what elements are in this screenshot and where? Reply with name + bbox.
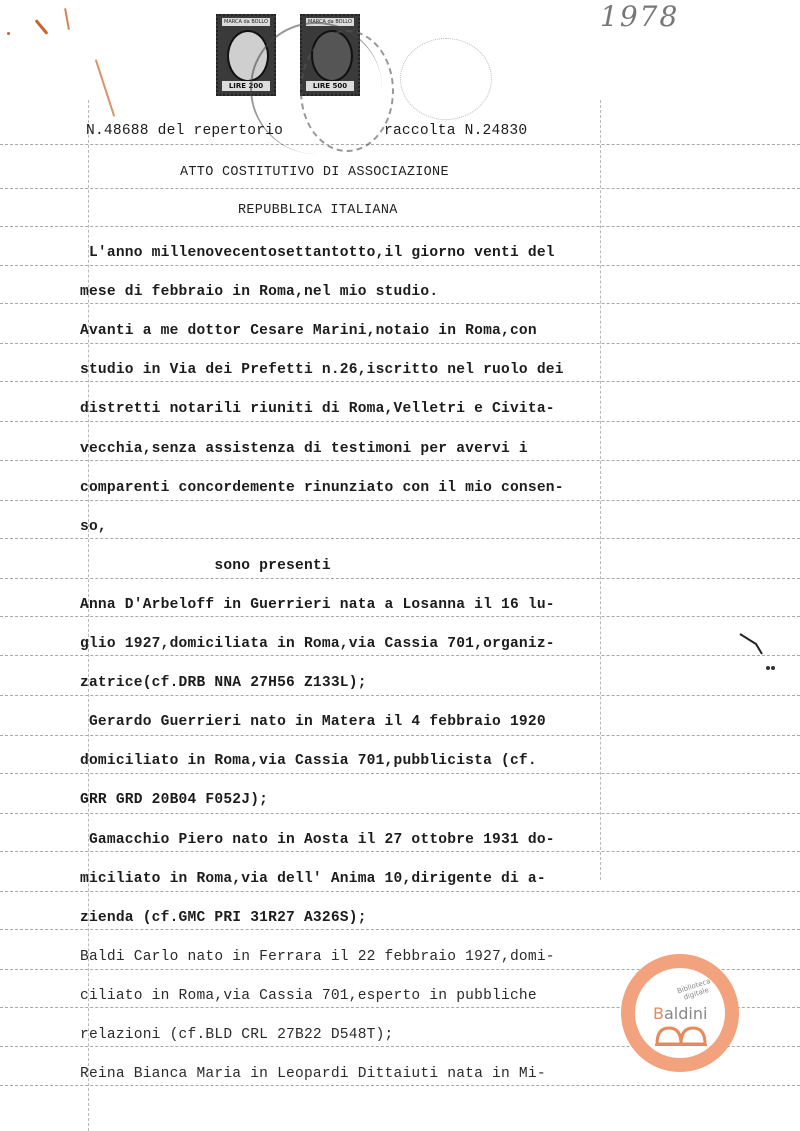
ruled-line [0,929,800,930]
document-line: ciliato in Roma,via Cassia 701,esperto i… [80,987,537,1005]
baldini-watermark-logo: Biblioteca digitale Baldini [621,954,739,1072]
rust-stain [95,59,115,117]
rust-dot [7,32,10,35]
document-line: glio 1927,domiciliata in Roma,via Cassia… [80,635,555,653]
ruled-line [0,343,800,344]
ruled-line [0,616,800,617]
document-line: studio in Via dei Prefetti n.26,iscritto… [80,361,564,379]
document-line: zienda (cf.GMC PRI 31R27 A326S); [80,909,367,927]
margin-scribble-icon [738,628,788,678]
ruled-line [0,735,800,736]
logo-brand-rest: aldini [664,1004,707,1023]
document-page: 1978 MARCA da BOLLO LIRE 200 MARCA da BO… [0,0,800,1131]
ruled-line [0,538,800,539]
rust-stain [64,8,70,30]
raccolta-number: raccolta N.24830 [384,122,527,140]
ruled-line [0,226,800,227]
ruled-line [0,460,800,461]
document-line: GRR GRD 20B04 F052J); [80,791,268,809]
ruled-line [0,773,800,774]
logo-small-text: Biblioteca digitale [664,973,726,1007]
ruled-line [0,265,800,266]
document-line: relazioni (cf.BLD CRL 27B22 D548T); [80,1026,394,1044]
document-line: sono presenti [80,557,331,575]
ruled-line [0,144,800,145]
ruled-line [0,421,800,422]
open-book-icon [655,1026,707,1046]
logo-brand-first: B [653,1004,664,1023]
document-line: zatrice(cf.DRB NNA 27H56 Z133L); [80,674,367,692]
handwritten-year: 1978 [600,0,679,33]
document-line: vecchia,senza assistenza di testimoni pe… [80,440,528,458]
faint-stamp-icon [400,38,492,120]
ruled-line [0,851,800,852]
document-line: Baldi Carlo nato in Ferrara il 22 febbra… [80,948,555,966]
ruled-line [0,695,800,696]
stamp-header: MARCA da BOLLO [222,18,270,26]
right-margin-line [600,100,601,880]
document-line: so, [80,518,107,536]
ruled-line [0,1085,800,1086]
document-line: Anna D'Arbeloff in Guerrieri nata a Losa… [80,596,555,614]
repertorio-number: N.48688 del repertorio [86,122,283,140]
document-line: domiciliato in Roma,via Cassia 701,pubbl… [80,752,537,770]
document-line: Reina Bianca Maria in Leopardi Dittaiuti… [80,1065,546,1083]
ruled-line [0,578,800,579]
document-line: miciliato in Roma,via dell' Anima 10,dir… [80,870,546,888]
document-line: mese di febbraio in Roma,nel mio studio. [80,283,438,301]
ruled-line [0,655,800,656]
document-line: Gamacchio Piero nato in Aosta il 27 otto… [80,831,555,849]
ruled-line [0,188,800,189]
ruled-line [0,303,800,304]
document-subtitle: REPUBBLICA ITALIANA [238,203,398,218]
logo-brand: Baldini [653,1004,707,1023]
document-line: Gerardo Guerrieri nato in Matera il 4 fe… [80,713,546,731]
ruled-line [0,381,800,382]
document-line: L'anno millenovecentosettantotto,il gior… [80,244,555,262]
postmark-icon [300,30,394,152]
rust-stain [35,19,49,35]
document-line: distretti notarili riuniti di Roma,Velle… [80,400,555,418]
ruled-line [0,500,800,501]
document-line: comparenti concordemente rinunziato con … [80,479,564,497]
ruled-line [0,891,800,892]
ruled-line [0,813,800,814]
document-line: Avanti a me dottor Cesare Marini,notaio … [80,322,537,340]
document-title: ATTO COSTITUTIVO DI ASSOCIAZIONE [180,165,449,180]
